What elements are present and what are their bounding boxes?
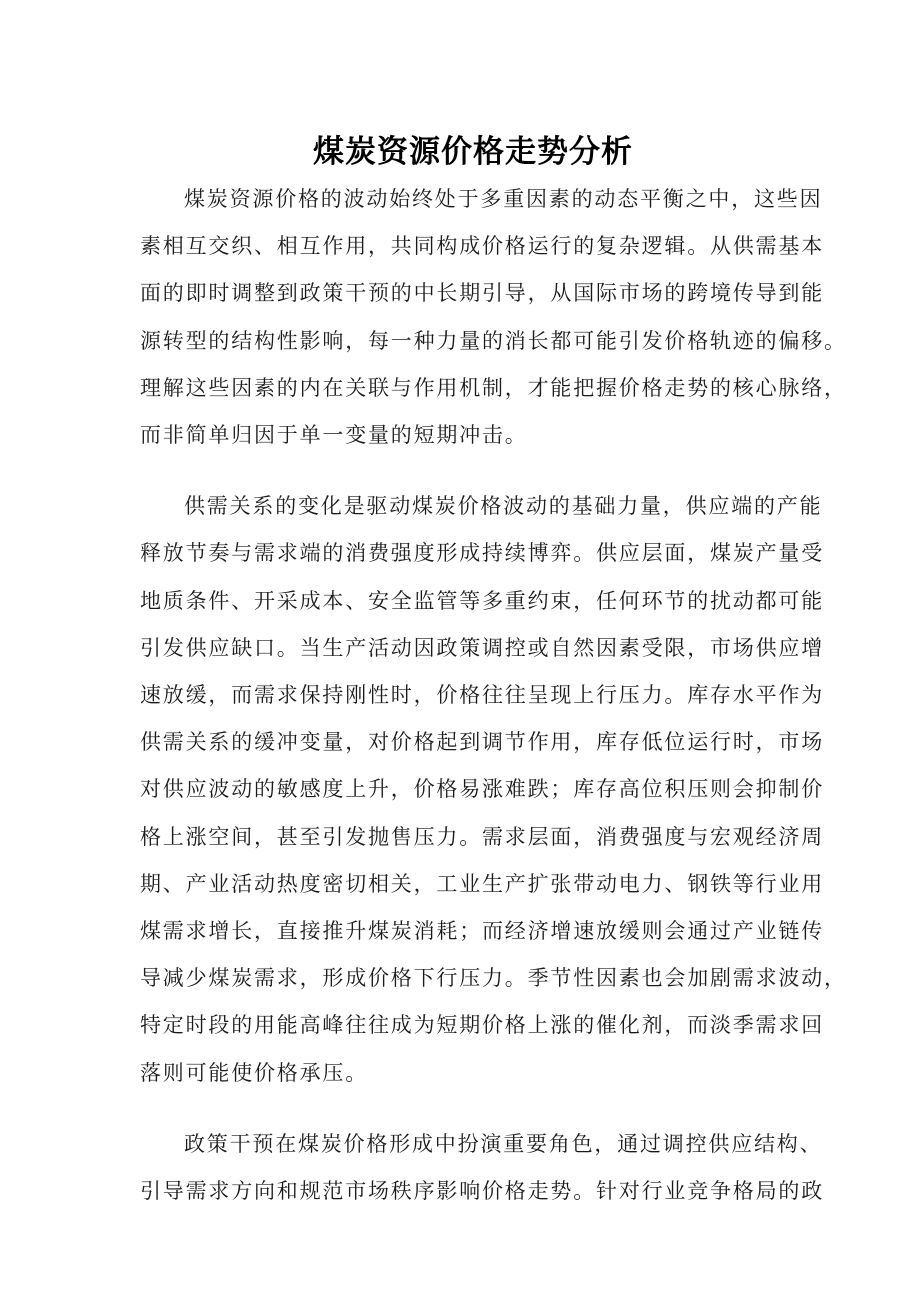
text-line: 供需关系的缓冲变量，对价格起到调节作用，库存低位运行时，市场 bbox=[140, 719, 782, 766]
paragraph-3: 政策干预在煤炭价格形成中扮演重要角色，通过调控供应结构、 引导需求方向和规范市场… bbox=[140, 1121, 782, 1215]
text-line: 面的即时调整到政策干预的中长期引导，从国际市场的跨境传导到能 bbox=[140, 270, 782, 317]
text-line: 煤需求增长，直接推升煤炭消耗；而经济增速放缓则会通过产业链传 bbox=[140, 908, 782, 955]
text-line: 理解这些因素的内在关联与作用机制，才能把握价格走势的核心脉络， bbox=[140, 365, 782, 412]
text-line: 特定时段的用能高峰往往成为短期价格上涨的催化剂，而淡季需求回 bbox=[140, 1002, 782, 1049]
paragraph-spacer bbox=[140, 1097, 782, 1121]
text-line: 供需关系的变化是驱动煤炭价格波动的基础力量，供应端的产能 bbox=[140, 483, 782, 530]
text-line: 对供应波动的敏感度上升，价格易涨难跌；库存高位积压则会抑制价 bbox=[140, 766, 782, 813]
text-line: 格上涨空间，甚至引发抛售压力。需求层面，消费强度与宏观经济周 bbox=[140, 814, 782, 861]
text-line: 而非简单归因于单一变量的短期冲击。 bbox=[140, 412, 782, 459]
text-line: 速放缓，而需求保持刚性时，价格往往呈现上行压力。库存水平作为 bbox=[140, 672, 782, 719]
text-line: 煤炭资源价格的波动始终处于多重因素的动态平衡之中，这些因 bbox=[140, 176, 782, 223]
paragraph-spacer bbox=[140, 459, 782, 483]
text-line: 引导需求方向和规范市场秩序影响价格走势。针对行业竞争格局的政 bbox=[140, 1168, 782, 1215]
text-line: 引发供应缺口。当生产活动因政策调控或自然因素受限，市场供应增 bbox=[140, 625, 782, 672]
text-line: 源转型的结构性影响，每一种力量的消长都可能引发价格轨迹的偏移。 bbox=[140, 318, 782, 365]
paragraph-1: 煤炭资源价格的波动始终处于多重因素的动态平衡之中，这些因 素相互交织、相互作用，… bbox=[140, 176, 782, 459]
text-line: 落则可能使价格承压。 bbox=[140, 1050, 782, 1097]
paragraph-2: 供需关系的变化是驱动煤炭价格波动的基础力量，供应端的产能 释放节奏与需求端的消费… bbox=[140, 483, 782, 1097]
document-page: 煤炭资源价格走势分析 煤炭资源价格的波动始终处于多重因素的动态平衡之中，这些因 … bbox=[140, 128, 782, 1215]
text-line: 期、产业活动热度密切相关，工业生产扩张带动电力、钢铁等行业用 bbox=[140, 861, 782, 908]
text-line: 释放节奏与需求端的消费强度形成持续博弈。供应层面，煤炭产量受 bbox=[140, 530, 782, 577]
text-line: 政策干预在煤炭价格形成中扮演重要角色，通过调控供应结构、 bbox=[140, 1121, 782, 1168]
text-line: 导减少煤炭需求，形成价格下行压力。季节性因素也会加剧需求波动， bbox=[140, 955, 782, 1002]
document-title: 煤炭资源价格走势分析 bbox=[164, 128, 782, 176]
text-line: 地质条件、开采成本、安全监管等多重约束，任何环节的扰动都可能 bbox=[140, 578, 782, 625]
text-line: 素相互交织、相互作用，共同构成价格运行的复杂逻辑。从供需基本 bbox=[140, 223, 782, 270]
